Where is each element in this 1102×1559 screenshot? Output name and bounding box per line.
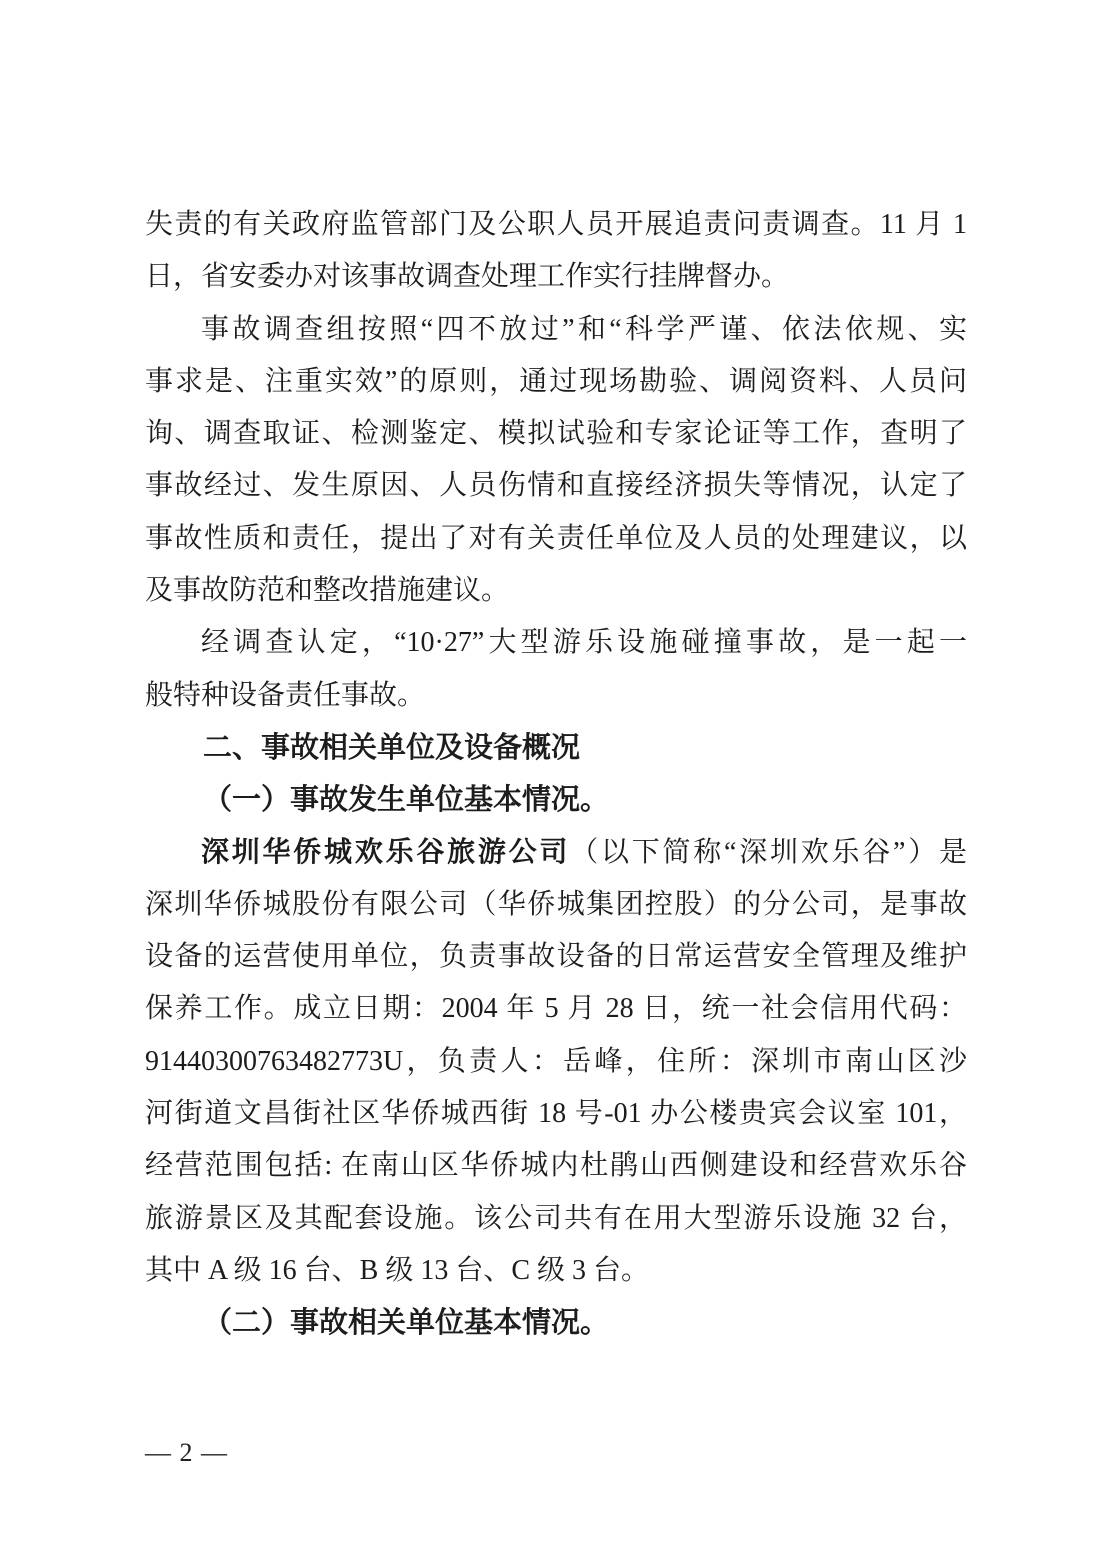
document-line: 河街道文昌街社区华侨城西街 18 号-01 办公楼贵宾会议室 101， <box>145 1088 967 1140</box>
document-line: 及事故防范和整改措施建议。 <box>145 565 967 617</box>
page-footer: — 2 — <box>145 1436 228 1470</box>
section-heading: 二、事故相关单位及设备概况 <box>145 722 967 774</box>
document-line: 经调查认定，“10·27”大型游乐设施碰撞事故，是一起一 <box>145 617 967 669</box>
subsection-heading-2: （二）事故相关单位基本情况。 <box>145 1297 967 1349</box>
document-page: 失责的有关政府监管部门及公职人员开展追责问责调查。11 月 1 日，省安委办对该… <box>0 0 1102 1559</box>
document-line: 事故调查组按照“四不放过”和“科学严谨、依法依规、实 <box>145 304 967 356</box>
document-line: 旅游景区及其配套设施。该公司共有在用大型游乐设施 32 台， <box>145 1193 967 1245</box>
page-number: — 2 — <box>145 1438 228 1467</box>
document-line: 深圳华侨城股份有限公司（华侨城集团控股）的分公司，是事故 <box>145 879 967 931</box>
subsection-heading-1: （一）事故发生单位基本情况。 <box>145 774 967 826</box>
line-rest: （以下简称“深圳欢乐谷”）是 <box>570 837 967 868</box>
document-line: 其中 A 级 16 台、B 级 13 台、C 级 3 台。 <box>145 1245 967 1297</box>
document-line: 事求是、注重实效”的原则，通过现场勘验、调阅资料、人员问 <box>145 356 967 408</box>
document-line: 事故性质和责任，提出了对有关责任单位及人员的处理建议，以 <box>145 513 967 565</box>
document-line: 设备的运营使用单位，负责事故设备的日常运营安全管理及维护 <box>145 931 967 983</box>
document-line: 失责的有关政府监管部门及公职人员开展追责问责调查。11 月 1 <box>145 199 967 251</box>
company-name: 深圳华侨城欢乐谷旅游公司 <box>201 837 570 868</box>
document-line: 般特种设备责任事故。 <box>145 670 967 722</box>
document-body: 失责的有关政府监管部门及公职人员开展追责问责调查。11 月 1 日，省安委办对该… <box>145 199 967 1350</box>
document-line: 91440300763482773U，负责人：岳峰，住所：深圳市南山区沙 <box>145 1036 967 1088</box>
document-line: 保养工作。成立日期：2004 年 5 月 28 日，统一社会信用代码： <box>145 983 967 1035</box>
document-line: 事故经过、发生原因、人员伤情和直接经济损失等情况，认定了 <box>145 460 967 512</box>
document-line: 询、调查取证、检测鉴定、模拟试验和专家论证等工作，查明了 <box>145 408 967 460</box>
document-line: 日，省安委办对该事故调查处理工作实行挂牌督办。 <box>145 251 967 303</box>
document-line: 经营范围包括: 在南山区华侨城内杜鹃山西侧建设和经营欢乐谷 <box>145 1140 967 1192</box>
document-line: 深圳华侨城欢乐谷旅游公司（以下简称“深圳欢乐谷”）是 <box>145 827 967 879</box>
